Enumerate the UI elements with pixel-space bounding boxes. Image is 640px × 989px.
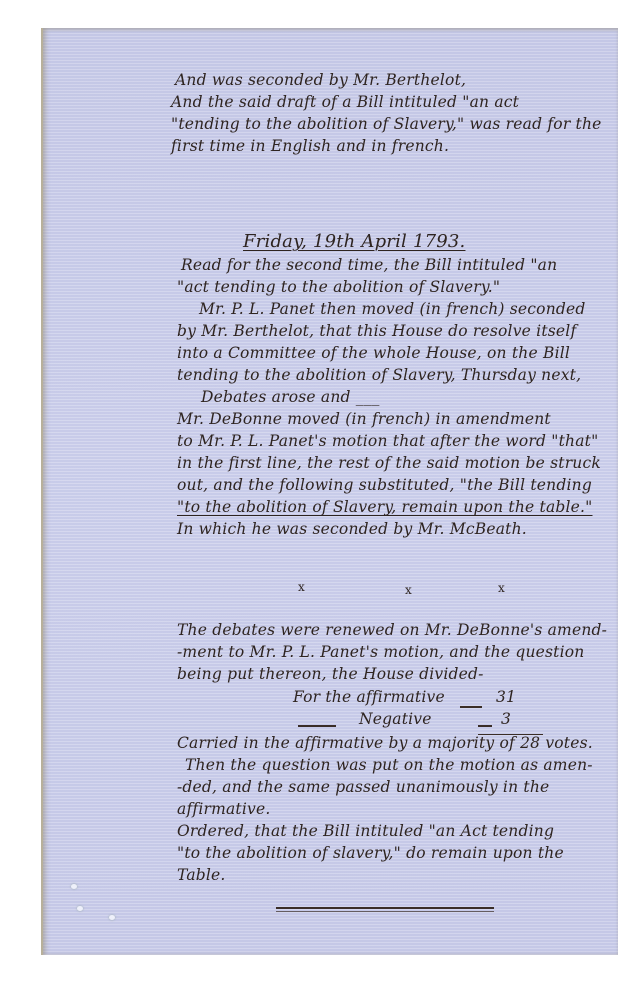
text-line: Ordered, that the Bill intituled "an Act… xyxy=(177,822,554,840)
dash-rule xyxy=(298,725,336,727)
binding-hole xyxy=(109,915,115,920)
text-line: being put thereon, the House divided- xyxy=(177,665,484,683)
text-line: Carried in the affirmative by a majority… xyxy=(177,734,593,752)
separator-mark: x xyxy=(298,580,305,594)
text-line: into a Committee of the whole House, on … xyxy=(177,344,570,362)
text-line: to Mr. P. L. Panet's motion that after t… xyxy=(177,432,598,450)
binding-hole xyxy=(77,906,83,911)
text-line: Then the question was put on the motion … xyxy=(185,756,593,774)
date-heading: Friday, 19th April 1793. xyxy=(243,231,465,252)
text-line: tending to the abolition of Slavery, Thu… xyxy=(177,366,581,384)
affirmative-label: For the affirmative xyxy=(293,688,445,706)
text-line: And the said draft of a Bill intituled "… xyxy=(171,93,519,111)
text-line: "tending to the abolition of Slavery," w… xyxy=(171,115,602,133)
text-line: In which he was seconded by Mr. McBeath. xyxy=(177,520,527,538)
text-line: in the first line, the rest of the said … xyxy=(177,454,601,472)
text-line: -ded, and the same passed unanimously in… xyxy=(177,778,549,796)
text-line: out, and the following substituted, "the… xyxy=(177,476,592,494)
binding-hole xyxy=(71,884,77,889)
text-line: The debates were renewed on Mr. DeBonne'… xyxy=(177,621,607,639)
negative-count: 3 xyxy=(501,710,511,728)
negative-label: Negative xyxy=(359,710,432,728)
separator-mark: x xyxy=(498,581,505,595)
text-line: Debates arose and ___ xyxy=(201,388,380,406)
text-line: Table. xyxy=(177,866,226,884)
text-line: -ment to Mr. P. L. Panet's motion, and t… xyxy=(177,643,584,661)
text-line: by Mr. Berthelot, that this House do res… xyxy=(177,322,576,340)
affirmative-count: 31 xyxy=(496,688,516,706)
text-line: Read for the second time, the Bill intit… xyxy=(181,256,557,274)
text-line: Mr. P. L. Panet then moved (in french) s… xyxy=(199,300,586,318)
text-line: "act tending to the abolition of Slavery… xyxy=(177,278,500,296)
text-line: affirmative. xyxy=(177,800,270,818)
manuscript-page: And was seconded by Mr. Berthelot, And t… xyxy=(41,28,618,955)
text-line: "to the abolition of Slavery, remain upo… xyxy=(177,498,593,516)
dash-rule xyxy=(460,706,482,708)
text-line: first time in English and in french. xyxy=(171,137,449,155)
dash-rule xyxy=(478,725,492,727)
closing-rule xyxy=(276,911,494,912)
text-line: Mr. DeBonne moved (in french) in amendme… xyxy=(177,410,551,428)
closing-rule xyxy=(276,907,494,909)
text-line: And was seconded by Mr. Berthelot, xyxy=(175,71,466,89)
separator-mark: x xyxy=(405,583,412,597)
text-line: "to the abolition of slavery," do remain… xyxy=(177,844,564,862)
